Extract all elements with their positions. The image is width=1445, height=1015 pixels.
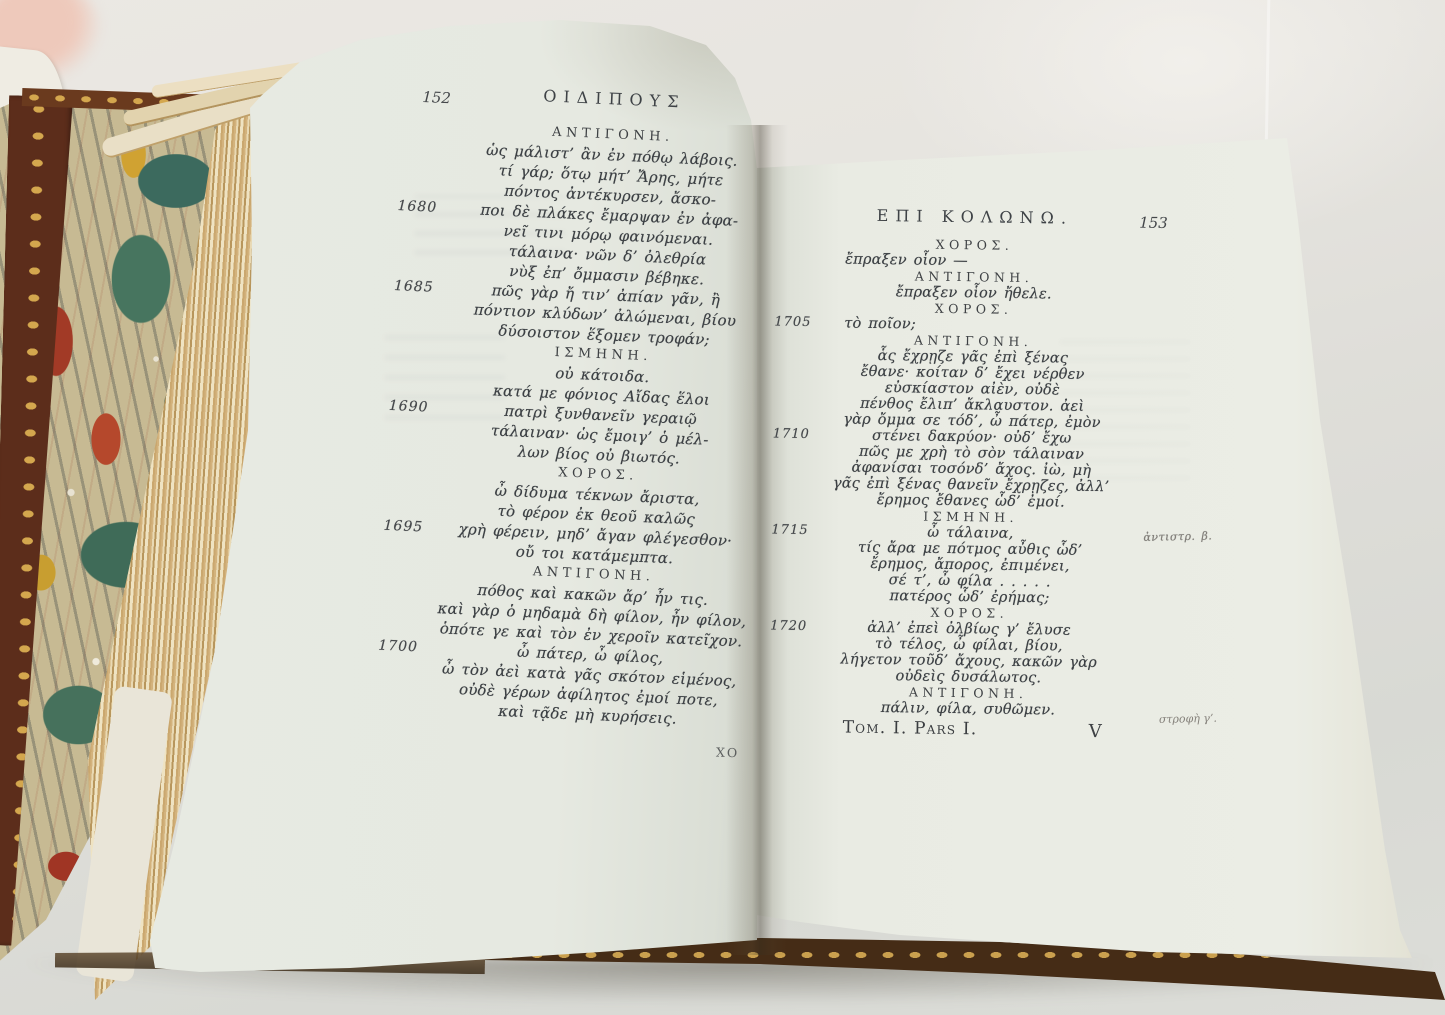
left-page-verse: ΑΝΤΙΓΟΝΗ.ὡς μάλιστ’ ἂν ἐν πόθῳ λάβοις.τί… [417,118,783,732]
right-page-text-block: ΕΠΙ ΚΟΛΩΝΩ. 153 ΧΟΡΟΣ.ἔπραξεν οἷον —ΑΝΤΙ… [802,205,1140,810]
margin-annotation: στροφὴ γ’. [1159,712,1217,726]
line-number: 1705 [774,315,816,332]
line-number: 1720 [770,618,812,635]
line-number: 1715 [771,522,813,539]
line-number: 1695 [383,516,426,538]
left-page-text-block: 152 ΟΙΔΙΠΟΥΣ ΑΝΤΙΓΟΝΗ.ὡς μάλιστ’ ἂν ἐν π… [414,82,784,796]
verse-line: πάλιν, φίλα, συθῶμεν. [803,699,1133,720]
right-page-header: ΕΠΙ ΚΟΛΩΝΩ. 153 [810,205,1140,240]
page-number: 153 [1139,214,1168,232]
photograph-open-antique-book: 152 ΟΙΔΙΠΟΥΣ ΑΝΤΙΓΟΝΗ.ὡς μάλιστ’ ἂν ἐν π… [0,0,1445,1015]
line-number: 1690 [388,396,431,418]
line-number: 1700 [378,636,421,658]
signature-mark: V [1089,721,1102,742]
catchword: ΧΟ [716,744,740,760]
page-number: 152 [422,88,451,107]
page-footer: Tom. I. Pars I. V στροφὴ γ’. [803,717,1133,746]
line-number: 1685 [394,276,437,298]
volume-label: Tom. I. Pars I. [843,718,978,740]
running-title: ΕΠΙ ΚΟΛΩΝΩ. [810,205,1140,229]
line-number: 1710 [773,427,815,444]
margin-annotation: ἀντιστρ. β. [1143,528,1212,545]
line-number: 1680 [397,196,440,218]
right-page-verse: ΧΟΡΟΣ.ἔπραξεν οἷον —ΑΝΤΙΓΟΝΗ.ἔπραξεν οἷο… [803,235,1140,720]
